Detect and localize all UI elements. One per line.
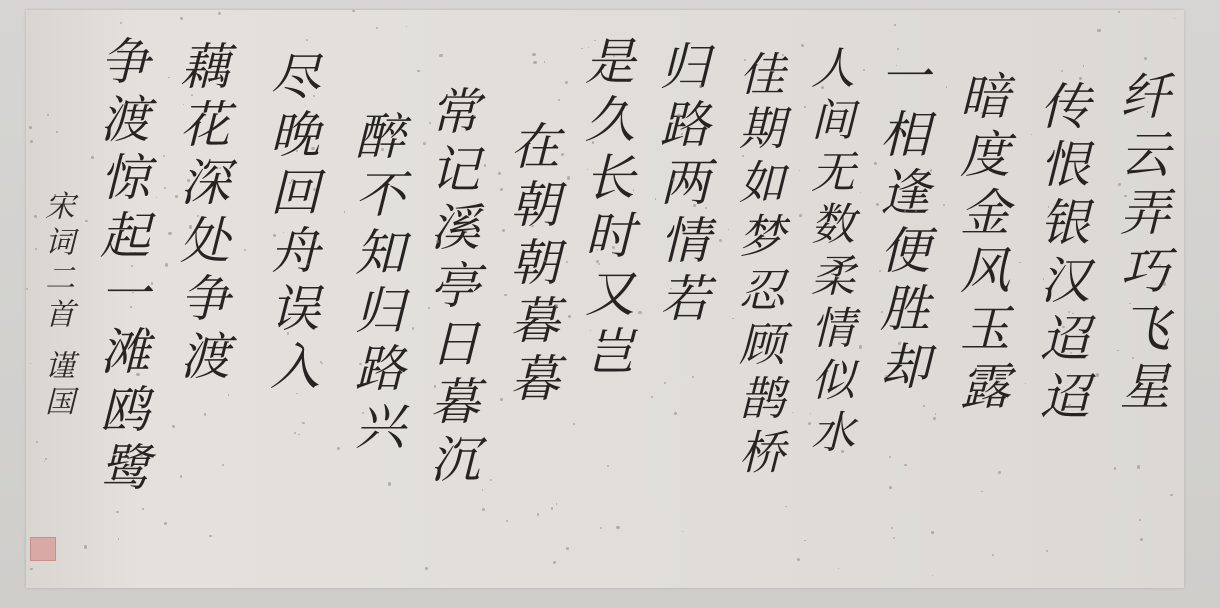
ink-speck [244,249,246,251]
ink-speck [1079,77,1082,80]
ink-speck [804,540,805,541]
ink-speck [1144,57,1147,60]
ink-speck [180,475,183,478]
ink-speck [289,182,291,184]
ink-speck [1117,350,1118,351]
ink-speck [693,204,696,207]
ink-speck [26,288,28,290]
ink-speck [930,169,933,172]
ink-speck [1170,494,1173,497]
ink-speck [893,537,895,539]
signature-inscription: 宋词二首 谨国 [34,190,78,422]
ink-speck [1159,264,1161,266]
ink-speck [532,53,535,56]
ink-speck [490,479,492,481]
ink-speck [1048,206,1050,208]
ink-speck [306,39,308,41]
ink-speck [172,425,175,428]
ink-speck [30,140,33,143]
calligraphy-column: 藕花深处争渡 [176,40,226,388]
ink-speck [935,413,937,415]
ink-speck [498,172,501,175]
ink-speck [699,85,702,88]
ink-speck [417,70,420,73]
ink-speck [388,482,391,485]
ink-speck [1068,404,1071,407]
ink-speck [36,441,38,443]
ink-speck [151,282,153,284]
ink-speck [502,229,505,232]
ink-speck [506,520,508,522]
ink-speck [841,450,844,453]
ink-speck [889,486,892,489]
ink-speck [573,423,575,425]
calligraphy-column: 人间无数柔情似水 [806,45,850,461]
ink-speck [728,229,729,230]
ink-speck [224,289,226,291]
ink-speck [218,12,221,15]
calligraphy-column: 佳期如梦忍顾鹊桥 [736,50,782,482]
ink-speck [85,220,87,222]
ink-speck [118,538,120,540]
ink-speck [607,465,609,467]
ink-speck [116,511,118,513]
ink-speck [180,17,183,20]
ink-speck [204,413,207,416]
ink-speck [423,142,426,145]
ink-speck [808,422,811,425]
ink-speck [602,371,603,372]
ink-speck [287,332,290,335]
ink-speck [381,148,383,150]
ink-speck [128,184,130,186]
calligraphy-column: 是久长时又岂 [581,35,631,383]
ink-speck [692,376,694,378]
ink-speck [651,396,653,398]
ink-speck [228,394,230,396]
ink-speck [44,461,45,462]
calligraphy-column: 在朝朝暮暮 [506,120,556,410]
ink-speck [135,346,137,348]
ink-speck [759,383,760,384]
ink-speck [889,456,891,458]
ink-speck [1124,195,1126,197]
ink-speck [933,417,936,420]
ink-speck [1025,383,1026,384]
ink-speck [187,179,190,182]
ink-speck [981,491,982,492]
ink-speck [500,398,503,401]
ink-speck [638,311,641,314]
ink-speck [931,531,933,533]
ink-speck [120,22,122,24]
ink-speck [1114,467,1116,469]
ink-speck [412,327,414,329]
ink-speck [164,187,166,189]
ink-speck [838,568,839,569]
ink-speck [1096,373,1099,376]
ink-speck [1147,111,1148,112]
ink-speck [436,240,439,243]
calligraphy-column: 尽晚回舟误入 [266,50,316,398]
ink-speck [156,197,157,198]
ink-speck [302,422,305,425]
ink-speck [1132,357,1134,359]
ink-speck [429,122,431,124]
ink-speck [1163,282,1166,285]
ink-speck [556,503,557,504]
ink-speck [164,522,167,525]
ink-speck [1140,538,1143,541]
calligraphy-column: 纤云弄巧飞星 [1116,70,1166,418]
ink-speck [291,179,294,182]
ink-speck [165,263,168,266]
ink-speck [84,545,87,548]
ink-speck [537,513,540,516]
ink-speck [792,412,793,413]
ink-speck [674,412,677,415]
ink-speck [568,315,571,318]
ink-speck [904,464,907,467]
ink-speck [786,290,787,291]
ink-speck [664,382,666,384]
ink-speck [544,61,545,62]
ink-speck [804,106,806,108]
ink-speck [229,50,230,51]
ink-speck [998,471,1001,474]
ink-speck [1139,519,1141,521]
ink-speck [142,508,144,510]
ink-speck [1057,161,1058,162]
ink-speck [566,547,569,550]
ink-speck [1070,352,1072,354]
ink-speck [482,489,483,490]
ink-speck [932,575,933,576]
ink-speck [561,153,564,156]
ink-speck [132,292,133,293]
ink-speck [897,48,899,50]
ink-speck [992,554,994,556]
ink-speck [425,567,428,570]
ink-speck [168,77,169,78]
ink-speck [197,215,199,217]
ink-speck [189,225,192,228]
ink-speck [130,306,132,308]
ink-speck [876,203,879,206]
calligraphy-column: 暗度金风玉露 [956,70,1006,418]
ink-speck [439,54,442,57]
calligraphy-column: 归路两情若 [656,40,706,330]
ink-speck [565,81,568,84]
ink-speck [1083,65,1085,67]
ink-speck [863,69,865,71]
ink-speck [616,526,619,529]
ink-speck [91,156,93,158]
ink-speck [482,508,485,511]
ink-speck [558,99,560,101]
ink-speck [337,447,340,450]
calligraphy-column: 常记溪亭日暮沉 [426,85,476,491]
ink-speck [859,345,862,348]
ink-speck [682,531,683,532]
ink-speck [732,318,733,319]
ink-speck [835,329,838,332]
ink-speck [904,210,906,212]
calligraphy-column: 争渡惊起一滩鸥鹭 [96,35,146,499]
ink-speck [30,363,31,364]
ink-speck [45,458,47,460]
ink-speck [47,114,49,116]
ink-speck [555,304,558,307]
ink-speck [1019,262,1020,263]
ink-speck [1062,326,1064,328]
calligraphy-column: 醉不知归路兴 [351,110,401,458]
ink-speck [981,112,983,114]
ink-speck [600,527,603,530]
ink-speck [1061,70,1063,72]
ink-speck [307,263,309,265]
red-seal [30,537,56,561]
ink-speck [946,86,947,87]
ink-speck [551,507,553,509]
ink-speck [136,428,137,429]
ink-speck [598,263,600,265]
ink-speck [553,561,556,564]
calligraphy-column: 一相逢便胜却 [876,50,926,398]
calligraphy-column: 传恨银汉迢迢 [1036,80,1086,428]
ink-speck [744,59,746,61]
ink-speck [1118,11,1120,13]
ink-speck [428,307,430,309]
ink-speck [851,374,853,376]
ink-speck [1097,29,1100,32]
ink-speck [832,447,833,448]
ink-speck [797,558,800,561]
ink-speck [785,506,787,508]
ink-speck [175,195,177,197]
ink-speck [670,288,671,289]
ink-speck [633,189,634,190]
ink-speck [799,214,802,217]
ink-speck [34,215,36,217]
ink-speck [294,432,296,434]
ink-speck [567,176,570,179]
ink-speck [751,221,753,223]
ink-speck [881,311,883,313]
ink-speck [860,192,861,193]
ink-speck [191,94,193,96]
ink-speck [894,24,896,26]
ink-speck [484,164,486,166]
ink-speck [1137,465,1140,468]
ink-speck [891,527,894,530]
ink-speck [209,535,212,538]
ink-speck [30,568,33,571]
ink-speck [1174,18,1175,19]
ink-speck [298,434,299,435]
ink-speck [566,261,568,263]
ink-speck [376,27,379,30]
ink-speck [943,204,945,206]
ink-speck [59,316,61,318]
ink-speck [719,239,722,242]
ink-speck [163,155,165,157]
calligraphy-paper: 纤云弄巧飞星 传恨银汉迢迢 暗度金风玉露 一相逢便胜却 人间无数柔情似水 佳期如… [26,10,1184,588]
ink-speck [923,405,925,407]
ink-speck [321,363,322,364]
ink-speck [533,61,536,64]
ink-speck [56,131,58,133]
ink-speck [352,10,354,12]
ink-speck [1046,550,1048,552]
ink-speck [222,464,224,466]
ink-speck [799,170,800,171]
ink-speck [406,26,407,27]
ink-speck [344,211,346,213]
ink-speck [29,126,32,129]
